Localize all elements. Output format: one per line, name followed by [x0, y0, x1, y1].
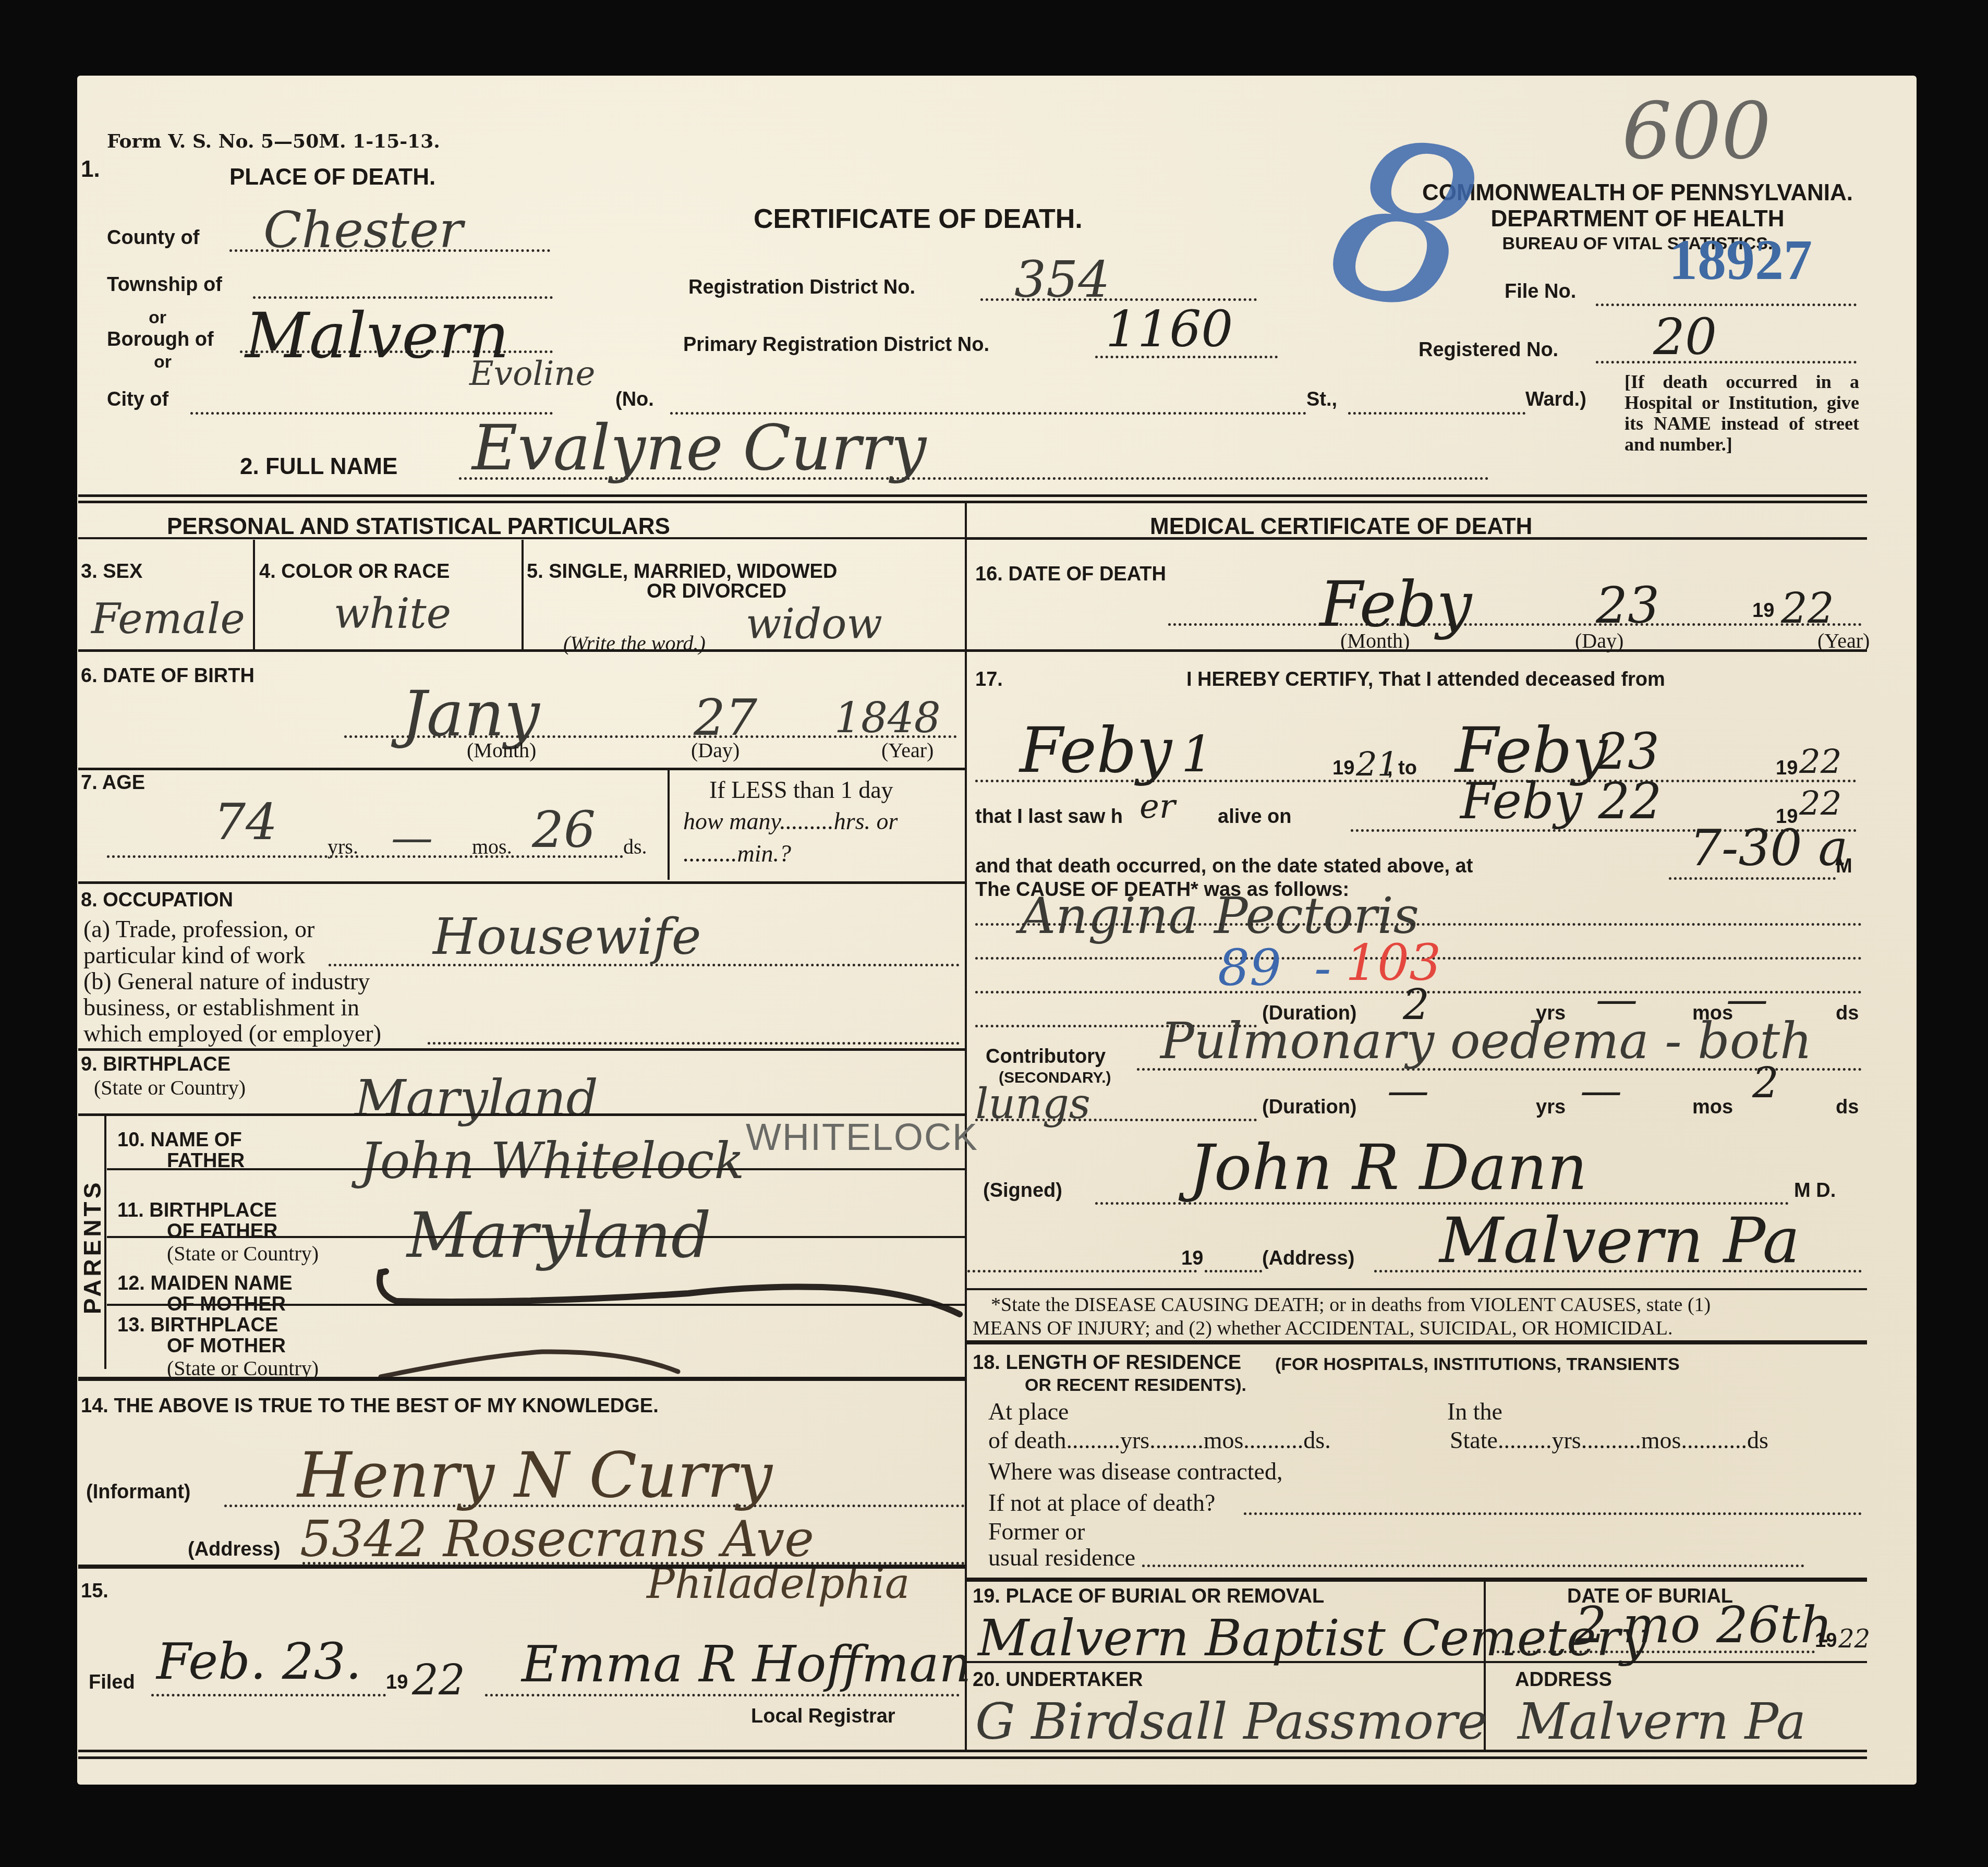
- burial-year-prefix: 19: [1815, 1630, 1837, 1652]
- birthplace-sub: (State or Country): [94, 1075, 246, 1100]
- mother-maiden-label-1: 12. MAIDEN NAME: [117, 1272, 293, 1295]
- file-number-stamp: 18927: [1669, 227, 1812, 293]
- section-15-number: 15.: [81, 1580, 108, 1603]
- contributory-value-1[interactable]: Pulmonary oedema - both: [1160, 1012, 1812, 1070]
- race-label: 4. COLOR OR RACE: [259, 561, 450, 583]
- borough-label: Borough of: [107, 329, 214, 351]
- ward-line: [1348, 412, 1525, 415]
- file-no-line: [1596, 304, 1857, 306]
- race-value[interactable]: white: [334, 589, 451, 638]
- residence-heading-sub-1: (FOR HOSPITALS, INSTITUTIONS, TRANSIENTS: [1275, 1354, 1680, 1375]
- death-occurred-label: and that death occurred, on the date sta…: [975, 855, 1473, 878]
- cause-line-1: [975, 923, 1862, 926]
- sex-value[interactable]: Female: [91, 595, 245, 643]
- or-label-1: or: [149, 308, 166, 328]
- township-label: Township of: [107, 274, 222, 296]
- contracted-label-2: If not at place of death?: [988, 1489, 1216, 1517]
- filed-date-line: [151, 1694, 386, 1696]
- birthplace-label: 9. BIRTHPLACE: [81, 1053, 231, 1076]
- informant-address-label: (Address): [188, 1538, 280, 1561]
- death-time-value[interactable]: 7-30 a: [1690, 819, 1848, 877]
- registration-district-label: Registration District No.: [688, 276, 915, 299]
- father-birthplace-label-2: OF FATHER: [167, 1220, 278, 1243]
- sex-race-divider: [253, 540, 255, 649]
- filed-label: Filed: [89, 1671, 135, 1694]
- certify-text: I HEREBY CERTIFY, That I attended deceas…: [1186, 669, 1665, 691]
- pencil-annotation-600: 600: [1622, 86, 1771, 177]
- dod-day[interactable]: 23: [1596, 576, 1659, 635]
- dod-year-suffix[interactable]: 22: [1781, 584, 1834, 633]
- residence-heading-sub-2: OR RECENT RESIDENTS).: [1025, 1375, 1246, 1396]
- race-marital-divider: [522, 540, 524, 649]
- rule-before-footnote: [965, 1288, 1867, 1290]
- former-label-1: Former or: [988, 1518, 1085, 1545]
- occ-a-line2: particular kind of work: [83, 941, 305, 969]
- age-days-label: ds.: [623, 834, 647, 859]
- dob-year-caption: (Year): [881, 738, 934, 762]
- contrib-duration-lead: [975, 1119, 1257, 1121]
- dob-month-caption: (Month): [467, 738, 536, 762]
- attended-from-month[interactable]: Feby: [1020, 714, 1172, 787]
- form-number: Form V. S. No. 5—50M. 1-15-13.: [107, 130, 440, 152]
- rule-after-sex: [78, 649, 965, 652]
- rule-after-father-birthplace: [107, 1236, 965, 1238]
- certificate-title: CERTIFICATE OF DEATH.: [754, 203, 1083, 235]
- last-saw-year-suffix[interactable]: 22: [1799, 785, 1841, 823]
- contrib-duration-ds[interactable]: 2: [1752, 1059, 1779, 1107]
- file-no-label: File No.: [1505, 281, 1576, 303]
- township-line: [253, 296, 553, 299]
- age-label: 7. AGE: [81, 772, 145, 794]
- last-saw-date[interactable]: Feby 22: [1460, 772, 1662, 830]
- footnote-line-2: MEANS OF INJURY; and (2) whether ACCIDEN…: [973, 1317, 1672, 1340]
- dod-year-prefix: 19: [1752, 600, 1774, 622]
- at-place-label-1: At place: [988, 1398, 1069, 1425]
- parents-side-label: PARENTS: [78, 1180, 106, 1314]
- rule-after-occupation: [78, 1048, 965, 1051]
- father-birthplace-sub: (State or Country): [167, 1241, 319, 1266]
- occupation-label: 8. OCCUPATION: [81, 889, 233, 912]
- residence-heading: 18. LENGTH OF RESIDENCE: [973, 1352, 1241, 1374]
- to-label: , to: [1387, 757, 1417, 780]
- rule-after-burial: [965, 1661, 1867, 1663]
- undertaker-address-value[interactable]: Malvern Pa: [1518, 1692, 1806, 1751]
- undertaker-address-label: ADDRESS: [1515, 1669, 1612, 1691]
- contrib-duration-yrs[interactable]: —: [1387, 1066, 1429, 1115]
- rule-after-father-name: [107, 1168, 965, 1170]
- burial-year-suffix[interactable]: 22: [1838, 1624, 1870, 1654]
- father-name-label-1: 10. NAME OF: [117, 1129, 242, 1151]
- undertaker-value[interactable]: G Birdsall Passmore: [975, 1692, 1487, 1751]
- section-17-number: 17.: [975, 669, 1003, 691]
- rule-after-residence: [965, 1578, 1867, 1582]
- burial-place-label: 19. PLACE OF BURIAL OR REMOVAL: [973, 1585, 1324, 1608]
- age-divider: [668, 770, 670, 880]
- informant-heading: 14. THE ABOVE IS TRUE TO THE BEST OF MY …: [81, 1395, 659, 1417]
- contrib-ds-label: ds: [1836, 1096, 1859, 1119]
- marital-label-1: 5. SINGLE, MARRIED, WIDOWED: [527, 561, 837, 583]
- death-time-suffix: M: [1836, 855, 1852, 878]
- dod-line: [1168, 623, 1862, 626]
- undertaker-label: 20. UNDERTAKER: [973, 1669, 1143, 1691]
- registered-no-value[interactable]: 20: [1653, 308, 1717, 366]
- in-state-label-2: State.........yrs..........mos..........…: [1450, 1426, 1768, 1454]
- signed-label: (Signed): [983, 1180, 1062, 1202]
- double-rule-top: [78, 494, 1867, 497]
- registrar-label: Local Registrar: [751, 1705, 895, 1728]
- registrar-line: [485, 1694, 960, 1696]
- doctor-address-value[interactable]: Malvern Pa: [1439, 1205, 1800, 1277]
- contrib-duration-mos[interactable]: —: [1580, 1066, 1622, 1115]
- footnote-line-1: *State the DISEASE CAUSING DEATH; or in …: [991, 1293, 1711, 1316]
- contracted-line: [1244, 1512, 1862, 1515]
- father-birthplace-label-1: 11. BIRTHPLACE: [117, 1199, 277, 1222]
- doctor-address-label: (Address): [1262, 1247, 1354, 1270]
- former-residence-line: [1142, 1565, 1804, 1567]
- dob-year[interactable]: 1848: [834, 694, 941, 742]
- father-name-value[interactable]: John Whitelock: [360, 1132, 744, 1190]
- informant-label: (Informant): [86, 1481, 191, 1504]
- last-saw-label-1: that I last saw h: [975, 806, 1123, 828]
- city-annotation-evoline: Evoline: [469, 355, 595, 393]
- age-line: [107, 855, 623, 858]
- rule-after-footnote: [965, 1340, 1867, 1344]
- burial-place-value[interactable]: Malvern Baptist Cemetery: [978, 1609, 1648, 1667]
- occupation-value[interactable]: Housewife: [433, 907, 701, 966]
- rule-bottom-2: [78, 1756, 1867, 1759]
- informant-value[interactable]: Henry N Curry: [297, 1439, 772, 1512]
- medical-heading: MEDICAL CERTIFICATE OF DEATH: [1150, 514, 1532, 540]
- rule-medical: [965, 537, 1867, 540]
- at-place-label-2: of death.........yrs.........mos........…: [988, 1426, 1331, 1454]
- sex-label: 3. SEX: [81, 561, 142, 583]
- street-st-label: St.,: [1306, 389, 1337, 411]
- cause-ds-label: ds: [1836, 1002, 1859, 1025]
- age-years[interactable]: 74: [214, 793, 277, 851]
- rule-after-parents: [78, 1377, 965, 1381]
- registration-district-value[interactable]: 354: [1014, 250, 1110, 309]
- registrar-signature[interactable]: Emma R Hoffman: [522, 1635, 971, 1693]
- md-label: M D.: [1794, 1180, 1836, 1202]
- attended-from-year-prefix: 19: [1332, 757, 1354, 780]
- former-label-2: usual residence: [988, 1544, 1135, 1571]
- attended-to-year-prefix: 19: [1776, 757, 1798, 780]
- personal-heading: PERSONAL AND STATISTICAL PARTICULARS: [167, 514, 670, 540]
- death-time-line: [1669, 877, 1836, 880]
- signed-date-line: [967, 1270, 1197, 1272]
- dod-label: 16. DATE OF DEATH: [975, 563, 1166, 586]
- dob-day-caption: (Day): [691, 738, 740, 762]
- marital-value[interactable]: widow: [746, 600, 882, 648]
- filed-date-value[interactable]: Feb. 23.: [156, 1632, 361, 1691]
- occ-a-line1: (a) Trade, profession, or: [83, 915, 314, 943]
- attended-to-year-suffix[interactable]: 22: [1799, 743, 1841, 782]
- street-no-label: (No.: [615, 389, 654, 411]
- age-days[interactable]: 26: [532, 801, 596, 859]
- rule-after-informant: [78, 1565, 965, 1569]
- last-saw-pronoun[interactable]: er: [1140, 787, 1175, 826]
- contrib-yrs-label: yrs: [1536, 1096, 1566, 1119]
- dob-label: 6. DATE OF BIRTH: [81, 665, 254, 687]
- filed-year-suffix[interactable]: 22: [412, 1656, 465, 1704]
- hospital-note: [If death occurred in a Hospital or Inst…: [1625, 371, 1859, 455]
- occ-b-line: [428, 1042, 960, 1045]
- less-than-day-2: how many.........hrs. or: [683, 807, 898, 835]
- contributory-label: Contributory: [986, 1046, 1106, 1068]
- less-than-day-1: If LESS than 1 day: [709, 776, 893, 804]
- primary-district-label: Primary Registration District No.: [683, 334, 989, 356]
- registered-no-label: Registered No.: [1419, 339, 1558, 361]
- place-of-death-heading: PLACE OF DEATH.: [229, 164, 435, 190]
- rule-after-dod: [965, 649, 1867, 652]
- contracted-label-1: Where was disease contracted,: [988, 1458, 1283, 1485]
- rule-after-age: [78, 881, 965, 884]
- ward-label: Ward.): [1525, 389, 1586, 411]
- less-than-day-3: .........min.?: [683, 840, 791, 867]
- full-name-label: 2. FULL NAME: [240, 454, 397, 480]
- mother-birthplace-label-1: 13. BIRTHPLACE: [117, 1314, 278, 1337]
- father-name-pencil-annotation: WHITELOCK: [746, 1116, 978, 1159]
- cause-code-blue: 89: [1218, 939, 1281, 997]
- mother-birthplace-dash-stroke: [375, 1345, 688, 1387]
- section-1-number: 1.: [81, 156, 100, 183]
- last-saw-label-2: alive on: [1218, 806, 1292, 828]
- county-value[interactable]: Chester: [263, 201, 463, 259]
- occ-b-line2: business, or establishment in: [83, 993, 359, 1021]
- attended-from-day[interactable]: 1: [1181, 725, 1213, 783]
- burial-date-value[interactable]: 2 mo 26th: [1575, 1596, 1833, 1654]
- contrib-mos-label: mos: [1692, 1096, 1733, 1119]
- in-state-label-1: In the: [1447, 1398, 1502, 1425]
- full-name-value[interactable]: Evalyne Curry: [472, 412, 926, 484]
- or-label-2: or: [154, 352, 172, 372]
- double-rule-bottom: [78, 501, 1867, 503]
- cause-code-dash: -: [1314, 939, 1331, 997]
- rule-personal: [78, 537, 965, 539]
- contrib-duration-label: (Duration): [1262, 1096, 1357, 1119]
- rule-after-mother-maiden: [107, 1304, 965, 1306]
- mother-birthplace-label-2: OF MOTHER: [167, 1335, 286, 1357]
- occ-b-line3: which employed (or employer): [83, 1020, 381, 1047]
- city-label: City of: [107, 389, 168, 411]
- filed-year-prefix: 19: [386, 1671, 408, 1694]
- occ-b-line1: (b) General nature of industry: [83, 967, 370, 995]
- mother-maiden-dash-stroke: [375, 1257, 965, 1319]
- county-label: County of: [107, 227, 199, 249]
- registered-no-line: [1596, 361, 1857, 363]
- rule-after-dob: [78, 768, 965, 770]
- signed-year-prefix: 19: [1181, 1247, 1203, 1270]
- birthplace-value[interactable]: Maryland: [355, 1069, 598, 1128]
- signed-year-line: [1205, 1270, 1262, 1272]
- physician-signature[interactable]: John R Dann: [1189, 1132, 1587, 1204]
- primary-district-value[interactable]: 1160: [1106, 300, 1233, 358]
